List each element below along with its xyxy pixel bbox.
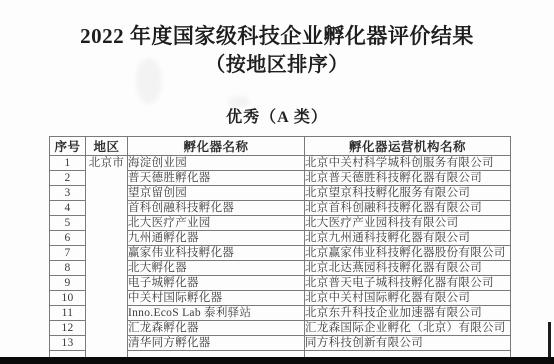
serial-cell: 3 (50, 186, 86, 201)
incubator-name-cell: 北大孵化器 (128, 261, 305, 276)
incubator-name-cell: 九州通孵化器 (128, 231, 305, 246)
serial-cell: 6 (50, 231, 86, 246)
operator-name-cell: 北大医疗产业园科技有限公司 (305, 216, 511, 231)
serial-cell: 8 (50, 261, 86, 276)
scanned-document-page: 2022 年度国家级科技企业孵化器评价结果 （按地区排序） 优秀（A 类） 序号… (0, 0, 554, 364)
evaluation-results-table: 序号 地区 孵化器名称 孵化器运营机构名称 1 北京市 海淀创业园 北京中关村科… (49, 136, 511, 360)
operator-name-cell: 北京中关村国际孵化器有限公司 (305, 291, 511, 306)
serial-cell: 9 (50, 276, 86, 291)
operator-name-cell: 北京望京科技孵化服务有限公司 (305, 186, 511, 201)
scan-smudge (228, 96, 250, 108)
operator-name-cell: 北京中关村科学城科创服务有限公司 (305, 156, 511, 171)
operator-name-cell: 北京东升科技企业加速器有限公司 (305, 306, 511, 321)
operator-name-cell: 北京赢家伟业科技孵化器股份有限公司 (305, 246, 511, 261)
serial-cell: 11 (50, 306, 86, 321)
operator-name-cell: 北京北达燕园科技孵化器有限公司 (305, 261, 511, 276)
table-row: 1 北京市 海淀创业园 北京中关村科学城科创服务有限公司 (50, 156, 511, 171)
column-header-serial: 序号 (50, 137, 86, 156)
section-heading-excellent-a: 优秀（A 类） (0, 108, 554, 127)
incubator-name-cell: 望京留创园 (128, 186, 305, 201)
serial-cell: 7 (50, 246, 86, 261)
serial-cell: 4 (50, 201, 86, 216)
incubator-name-cell: 电子城孵化器 (128, 276, 305, 291)
column-header-operator-name: 孵化器运营机构名称 (305, 137, 511, 156)
operator-name-cell: 北京普天电子城科技孵化器有限公司 (305, 276, 511, 291)
incubator-name-cell: 中关村国际孵化器 (128, 291, 305, 306)
incubator-name-cell: Inno.EcoS Lab 泰利驿站 (128, 306, 305, 321)
scan-smudge (136, 58, 162, 104)
document-subtitle: （按地区排序） (0, 53, 554, 77)
serial-cell: 12 (50, 321, 86, 336)
incubator-name-cell: 普天德胜孵化器 (128, 171, 305, 186)
incubator-name-cell: 首科创融科技孵化器 (128, 201, 305, 216)
incubator-name-cell: 北大医疗产业园 (128, 216, 305, 231)
table-header-row: 序号 地区 孵化器名称 孵化器运营机构名称 (50, 137, 511, 156)
operator-name-cell: 北京九州通科技孵化器有限公司 (305, 231, 511, 246)
incubator-name-cell: 赢家伟业科技孵化器 (128, 246, 305, 261)
scan-bottom-bar-artifact (0, 357, 554, 364)
incubator-name-cell: 汇龙森孵化器 (128, 321, 305, 336)
operator-name-cell: 汇龙森国际企业孵化（北京）有限公司 (305, 321, 511, 336)
column-header-incubator-name: 孵化器名称 (128, 137, 305, 156)
region-cell-beijing: 北京市 (86, 156, 128, 360)
operator-name-cell: 北京普天德胜科技孵化器有限公司 (305, 171, 511, 186)
serial-cell: 2 (50, 171, 86, 186)
incubator-name-cell: 清华同方孵化器 (128, 336, 305, 351)
operator-name-cell: 同方科技创新有限公司 (305, 336, 511, 351)
incubator-name-cell: 海淀创业园 (128, 156, 305, 171)
serial-cell: 10 (50, 291, 86, 306)
serial-cell: 5 (50, 216, 86, 231)
serial-cell: 1 (50, 156, 86, 171)
document-title: 2022 年度国家级科技企业孵化器评价结果 (0, 23, 554, 50)
column-header-region: 地区 (86, 137, 128, 156)
serial-cell: 13 (50, 336, 86, 351)
operator-name-cell: 北京首科创融科技孵化器有限公司 (305, 201, 511, 216)
